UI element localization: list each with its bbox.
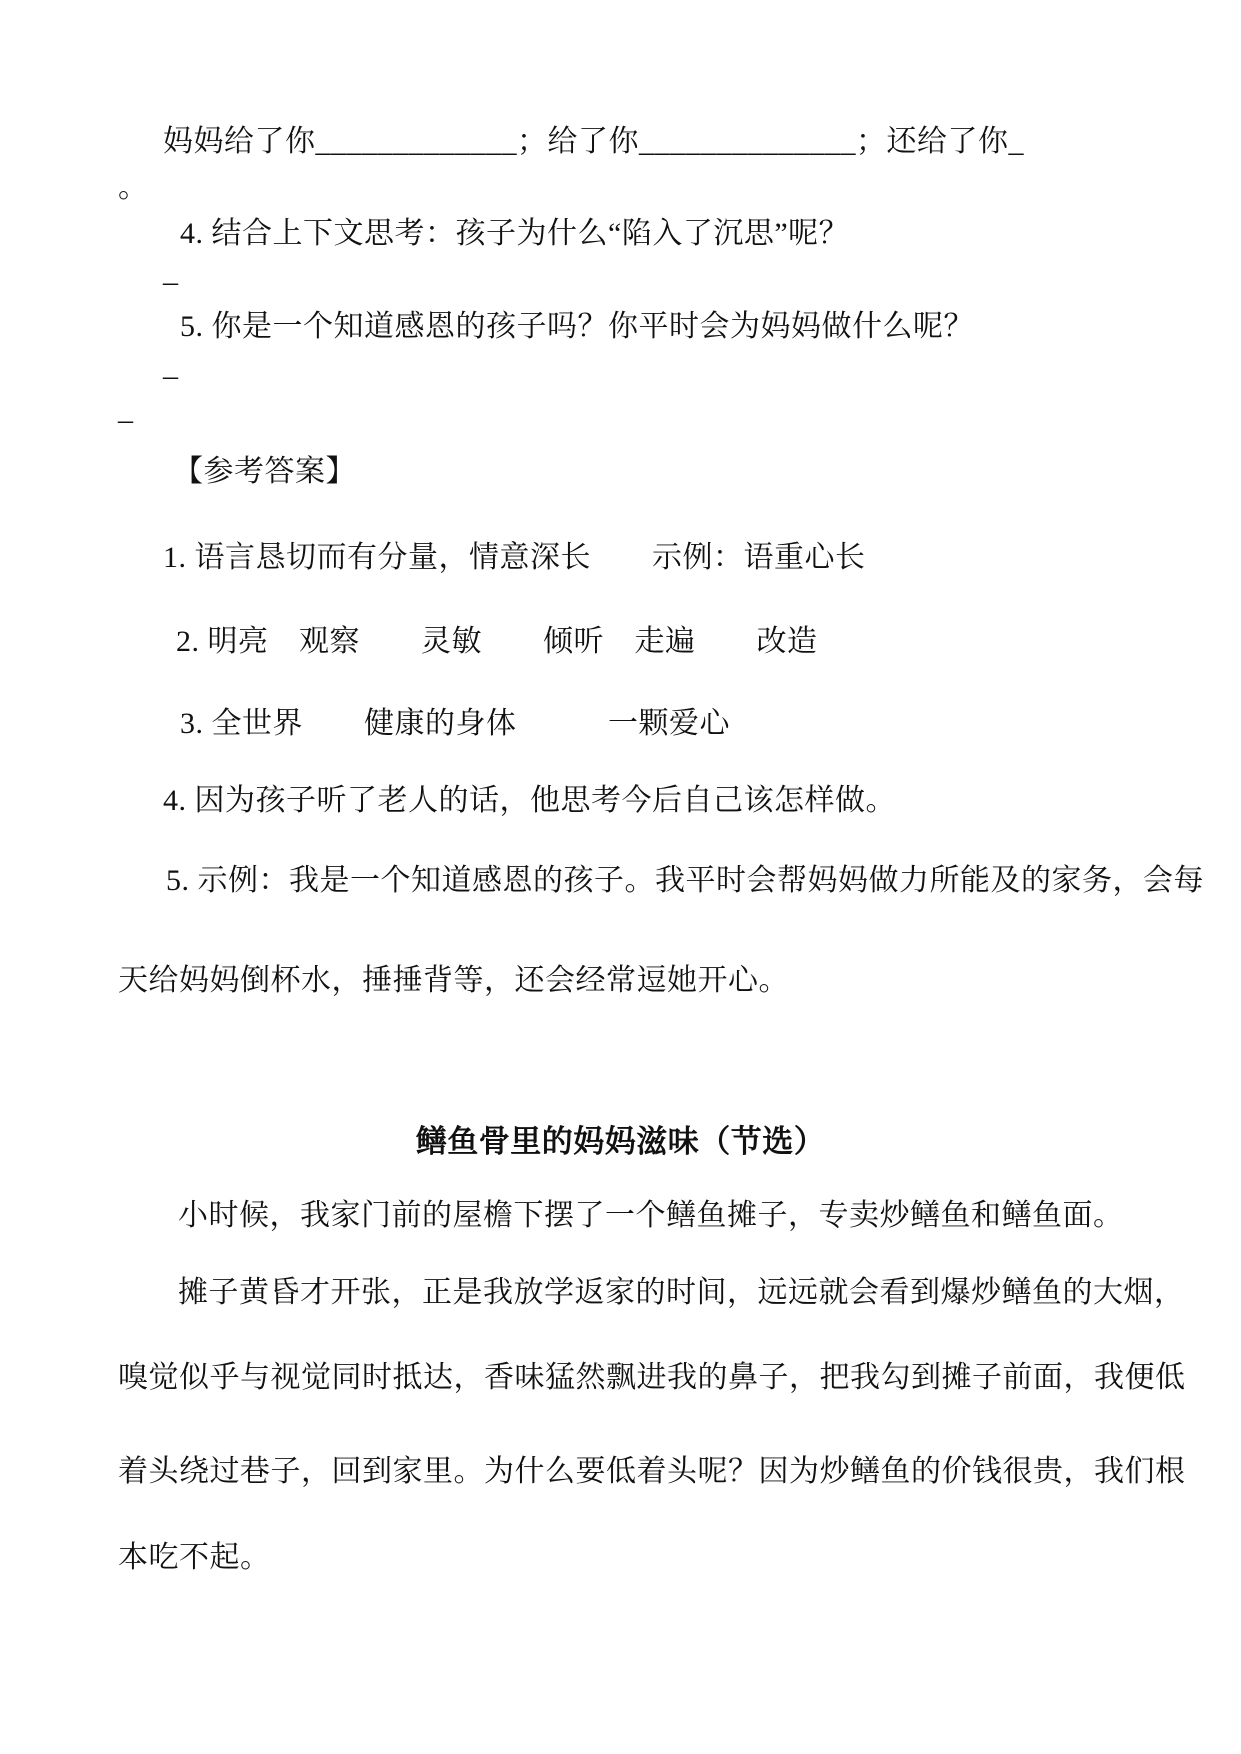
- answer-1: 1. 语言恳切而有分量，情意深长 示例：语重心长: [163, 538, 866, 578]
- passage-paragraph-2-line-3: 着头绕过巷子，回到家里。为什么要低着头呢？因为炒鳝鱼的价钱很贵，我们根: [118, 1452, 1186, 1492]
- fill-in-blank-line: 妈妈给了你_____________；给了你______________；还给了…: [163, 122, 1024, 162]
- answer-5-line-2: 天给妈妈倒杯水，捶捶背等，还会经常逗她开心。: [118, 961, 789, 1001]
- question-4: 4. 结合上下文思考：孩子为什么“陷入了沉思”呢？: [180, 214, 849, 254]
- document-content: 妈妈给了你_____________；给了你______________；还给了…: [118, 0, 1123, 1754]
- passage-title: 鳝鱼骨里的妈妈滋味（节选）: [118, 1122, 1123, 1162]
- answer-3: 3. 全世界 健康的身体 一颗爱心: [180, 704, 730, 744]
- passage-paragraph-2-line-2: 嗅觉似乎与视觉同时抵达，香味猛然飘进我的鼻子，把我勾到摊子前面，我便低: [118, 1358, 1186, 1398]
- answer-blank-q5-1: _: [163, 346, 179, 386]
- answer-4: 4. 因为孩子听了老人的话，他思考今后自己该怎样做。: [163, 781, 896, 821]
- fill-line-trailing-period: 。: [118, 168, 149, 208]
- reference-answers-header: 【参考答案】: [173, 452, 356, 492]
- passage-paragraph-2-line-4: 本吃不起。: [118, 1538, 271, 1578]
- answer-blank-q5-2: _: [118, 390, 134, 430]
- document-page: 妈妈给了你_____________；给了你______________；还给了…: [0, 0, 1241, 1754]
- answer-2: 2. 明亮 观察 灵敏 倾听 走遍 改造: [176, 622, 818, 662]
- answer-blank-q4: _: [163, 252, 179, 292]
- passage-paragraph-2-line-1: 摊子黄昏才开张，正是我放学返家的时间，远远就会看到爆炒鳝鱼的大烟，: [178, 1273, 1185, 1313]
- question-5: 5. 你是一个知道感恩的孩子吗？你平时会为妈妈做什么呢？: [180, 307, 974, 347]
- answer-5-line-1: 5. 示例：我是一个知道感恩的孩子。我平时会帮妈妈做力所能及的家务，会每: [166, 861, 1204, 901]
- passage-paragraph-1-line-1: 小时候，我家门前的屋檐下摆了一个鳝鱼摊子，专卖炒鳝鱼和鳝鱼面。: [178, 1196, 1124, 1236]
